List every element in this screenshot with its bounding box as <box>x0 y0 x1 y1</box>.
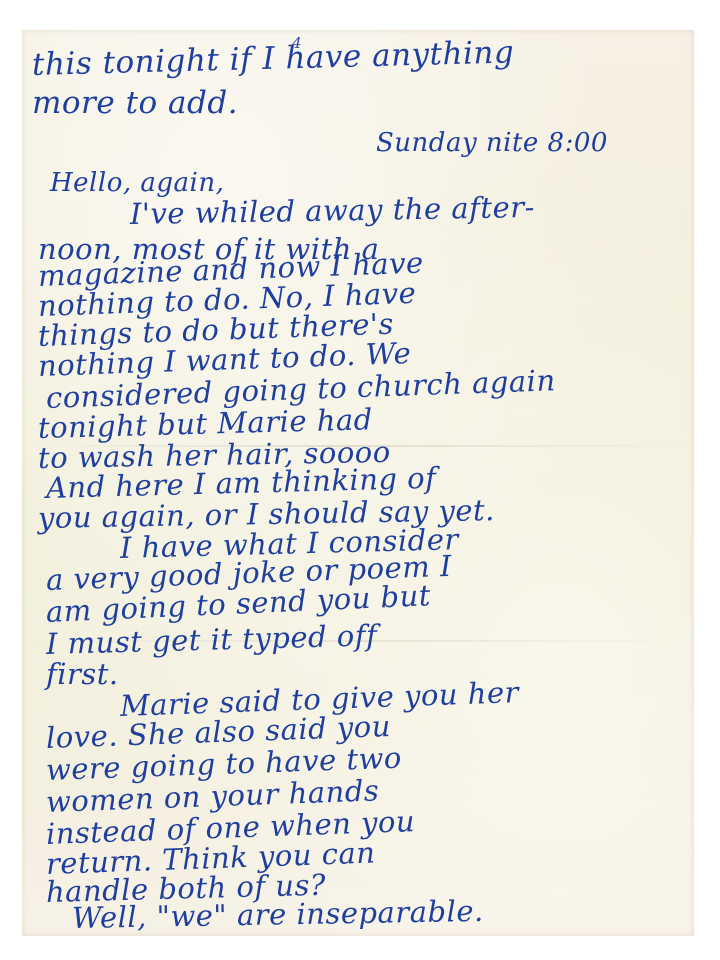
letter-line: I must get it typed off <box>46 621 378 659</box>
salutation: Hello, again, <box>50 170 224 196</box>
dateline: Sunday nite 8:00 <box>376 130 608 156</box>
letter-line: Well, "we" are inseparable. <box>72 897 484 933</box>
letter-line: I've whiled away the after- <box>130 193 535 229</box>
letter-line: first. <box>46 660 119 689</box>
letter-line: more to add. <box>32 88 238 119</box>
